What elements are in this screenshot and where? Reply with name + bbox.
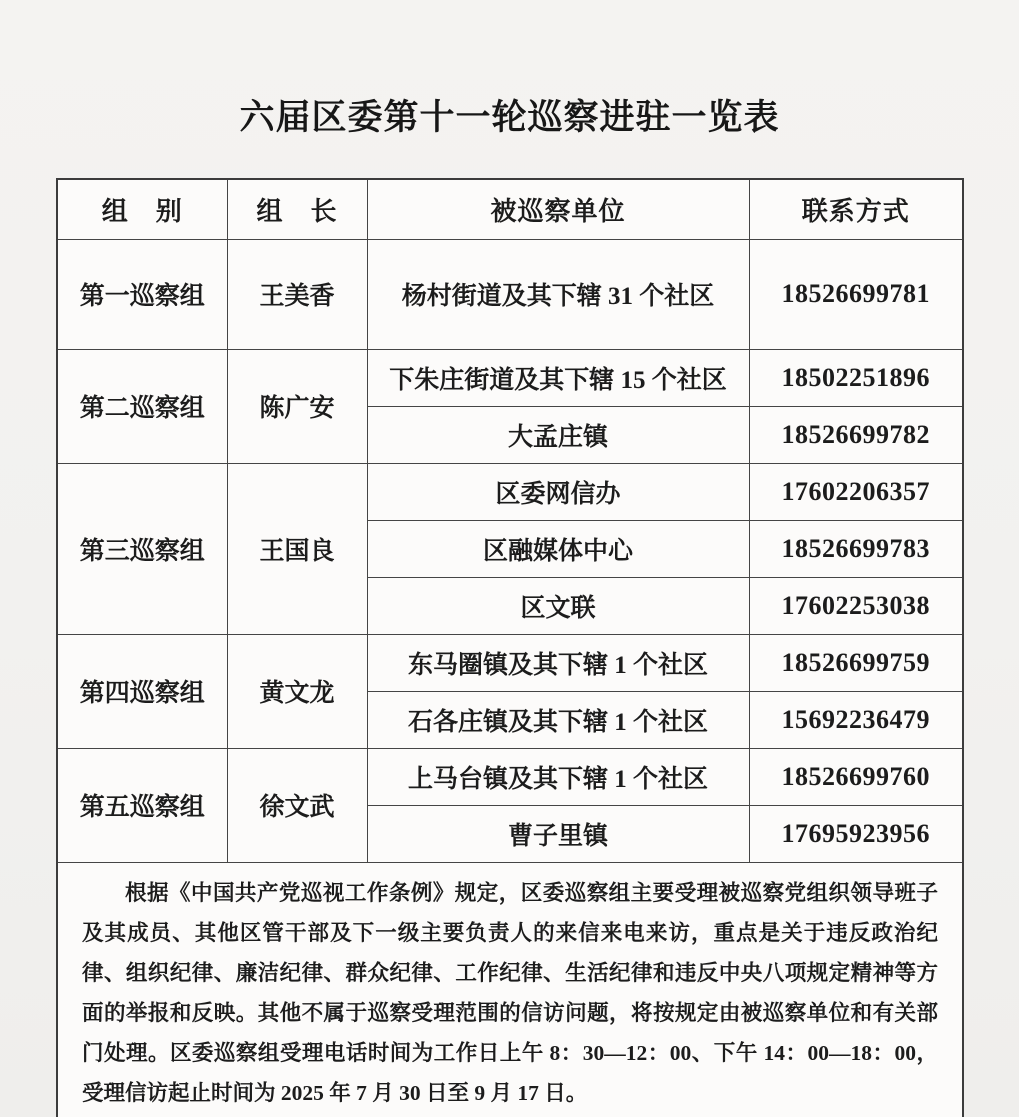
header-contact: 联系方式: [749, 179, 963, 239]
group-leader-cell: 陈广安: [227, 349, 367, 463]
table-row: 第三巡察组王国良区委网信办17602206357: [57, 463, 963, 520]
header-group: 组 别: [57, 179, 227, 239]
inspected-unit-cell: 石各庄镇及其下辖 1 个社区: [367, 691, 749, 748]
contact-phone-cell: 17602253038: [749, 577, 963, 634]
table-row: 第四巡察组黄文龙东马圈镇及其下辖 1 个社区18526699759: [57, 634, 963, 691]
inspected-unit-cell: 区委网信办: [367, 463, 749, 520]
contact-phone-cell: 18526699759: [749, 634, 963, 691]
inspected-unit-cell: 东马圈镇及其下辖 1 个社区: [367, 634, 749, 691]
contact-phone-cell: 17602206357: [749, 463, 963, 520]
note-text: 根据《中国共产党巡视工作条例》规定，区委巡察组主要受理被巡察党组织领导班子及其成…: [82, 873, 938, 1113]
group-name-cell: 第四巡察组: [57, 634, 227, 748]
contact-phone-cell: 15692236479: [749, 691, 963, 748]
header-leader: 组 长: [227, 179, 367, 239]
contact-phone-cell: 18502251896: [749, 349, 963, 406]
table-row: 第一巡察组王美香杨村街道及其下辖 31 个社区18526699781: [57, 239, 963, 349]
note-cell: 根据《中国共产党巡视工作条例》规定，区委巡察组主要受理被巡察党组织领导班子及其成…: [57, 862, 963, 1117]
inspected-unit-cell: 上马台镇及其下辖 1 个社区: [367, 748, 749, 805]
note-row: 根据《中国共产党巡视工作条例》规定，区委巡察组主要受理被巡察党组织领导班子及其成…: [57, 862, 963, 1117]
group-leader-cell: 王美香: [227, 239, 367, 349]
contact-phone-cell: 18526699760: [749, 748, 963, 805]
page-title: 六届区委第十一轮巡察进驻一览表: [0, 90, 1019, 140]
inspected-unit-cell: 下朱庄街道及其下辖 15 个社区: [367, 349, 749, 406]
table-row: 第五巡察组徐文武上马台镇及其下辖 1 个社区18526699760: [57, 748, 963, 805]
group-leader-cell: 王国良: [227, 463, 367, 634]
inspected-unit-cell: 杨村街道及其下辖 31 个社区: [367, 239, 749, 349]
group-name-cell: 第三巡察组: [57, 463, 227, 634]
document-page: 六届区委第十一轮巡察进驻一览表 组 别 组 长 被巡察单位 联系方式 第一巡察组…: [0, 0, 1019, 1117]
table-row: 第二巡察组陈广安下朱庄街道及其下辖 15 个社区18502251896: [57, 349, 963, 406]
contact-phone-cell: 18526699781: [749, 239, 963, 349]
inspected-unit-cell: 曹子里镇: [367, 805, 749, 862]
contact-phone-cell: 18526699783: [749, 520, 963, 577]
group-leader-cell: 黄文龙: [227, 634, 367, 748]
contact-phone-cell: 17695923956: [749, 805, 963, 862]
header-row: 组 别 组 长 被巡察单位 联系方式: [57, 179, 963, 239]
group-leader-cell: 徐文武: [227, 748, 367, 862]
header-inspected-unit: 被巡察单位: [367, 179, 749, 239]
group-name-cell: 第五巡察组: [57, 748, 227, 862]
inspected-unit-cell: 大孟庄镇: [367, 406, 749, 463]
inspected-unit-cell: 区文联: [367, 577, 749, 634]
group-name-cell: 第二巡察组: [57, 349, 227, 463]
inspected-unit-cell: 区融媒体中心: [367, 520, 749, 577]
group-name-cell: 第一巡察组: [57, 239, 227, 349]
contact-phone-cell: 18526699782: [749, 406, 963, 463]
inspection-table: 组 别 组 长 被巡察单位 联系方式 第一巡察组王美香杨村街道及其下辖 31 个…: [56, 178, 964, 1117]
inspection-table-body: 第一巡察组王美香杨村街道及其下辖 31 个社区18526699781第二巡察组陈…: [57, 239, 963, 862]
